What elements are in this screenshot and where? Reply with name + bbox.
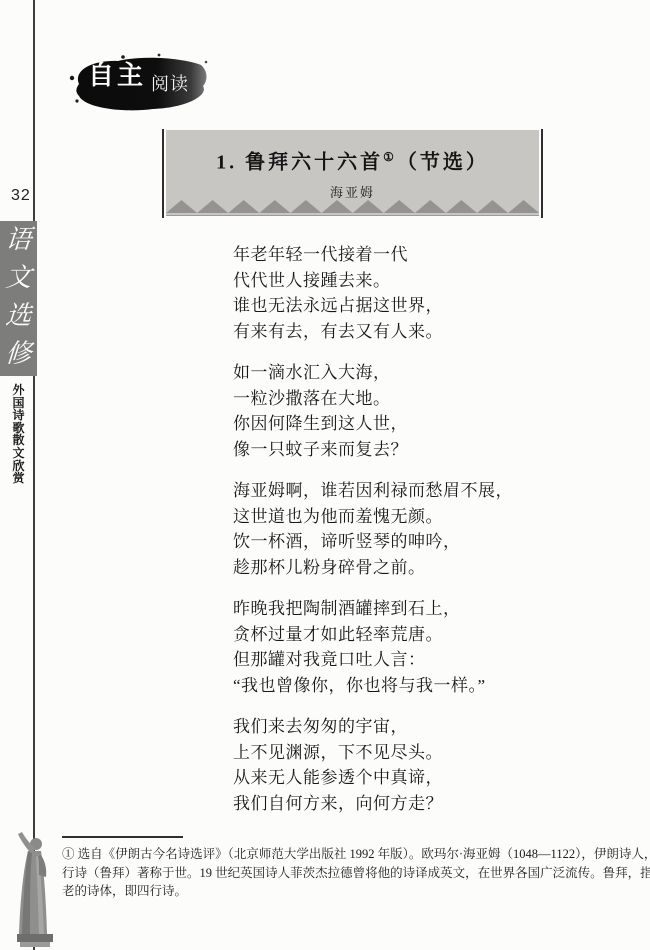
poem-stanza: 海亚姆啊，谁若因利禄而愁眉不展， 这世道也为他而羞愧无颜。 饮一杯酒，谛听竖琴的… [233,478,593,580]
poem-line: 我们自何方来，向何方走？ [233,791,593,817]
poem-stanza: 昨晚我把陶制酒罐摔到石上， 贪杯过量才如此轻率荒唐。 但那罐对我竟口吐人言： “… [233,596,593,698]
poem-stanza: 如一滴水汇入大海， 一粒沙撒落在大地。 你因何降生到这人世， 像一只蚊子来而复去… [233,360,593,462]
sidebar-series-logo: 语 文 选 修 [0,221,37,376]
poem-line: 但那罐对我竟口吐人言： [233,647,593,673]
poem-line: 如一滴水汇入大海， [233,360,593,386]
poem-line: 上不见渊源，下不见尽头。 [233,740,593,766]
poem-line: 有来有去，有去又有人来。 [233,319,593,345]
poem-line: 年老年轻一代接着一代 [233,242,593,268]
footnote-block: ① 选自《伊朗古今名诗选评》（北京师范大学出版社 1992 年版）。欧玛尔·海亚… [62,845,644,901]
lesson-title-box: 1. 鲁拜六十六首①（节选） 海亚姆 [166,130,539,216]
footnote-line: ① 选自《伊朗古今名诗选评》（北京师范大学出版社 1992 年版）。欧玛尔·海亚… [62,845,644,864]
poem-line: 代代世人接踵去来。 [233,268,593,294]
poem-line: 海亚姆啊，谁若因利禄而愁眉不展， [233,478,593,504]
calligraphy-char: 修 [0,335,38,373]
footnote-separator [62,836,183,838]
poem-line: 饮一杯酒，谛听竖琴的呻吟， [233,529,593,555]
page-number: 32 [11,187,31,205]
poem-line: 昨晚我把陶制酒罐摔到石上， [233,596,593,622]
poem-line: 贪杯过量才如此轻率荒唐。 [233,622,593,648]
poem-line: 谁也无法永远占据这世界， [233,293,593,319]
title-box-right-rule [541,129,543,218]
banner-label-sub: 阅读 [151,75,189,93]
title-box-left-rule [162,129,164,218]
footnote-line: 老的诗体，即四行诗。 [62,882,644,901]
textbook-page: 32 自主 阅读 语 文 选 修 [0,0,650,950]
poem-line: 趁那杯儿粉身碎骨之前。 [233,555,593,581]
footnote-ref-marker: ① [383,150,397,164]
poem-line: 像一只蚊子来而复去？ [233,437,593,463]
poem-body: 年老年轻一代接着一代 代代世人接踵去来。 谁也无法永远占据这世界， 有来有去，有… [233,242,593,832]
poem-line: 我们来去匆匆的宇宙， [233,714,593,740]
calligraphy-char: 文 [0,259,38,297]
lesson-title: 1. 鲁拜六十六首①（节选） [166,150,539,175]
footnote-line: 行诗（鲁拜）著称于世。19 世纪英国诗人菲茨杰拉德曾将他的诗译成英文，在世界各国… [62,864,644,883]
poem-line: 一粒沙撒落在大地。 [233,386,593,412]
poem-line: 从来无人能参透个中真谛， [233,765,593,791]
poem-stanza: 我们来去匆匆的宇宙， 上不见渊源，下不见尽头。 从来无人能参透个中真谛， 我们自… [233,714,593,816]
calligraphy-char: 语 [0,221,38,259]
section-banner: 自主 阅读 [63,52,213,116]
banner-label-main: 自主 [88,63,146,89]
poem-line: 这世道也为他而羞愧无颜。 [233,504,593,530]
poem-line: 你因何降生到这人世， [233,411,593,437]
calligraphy-char: 选 [0,297,38,335]
sawtooth-border [166,200,539,213]
sidebar-book-title: 外 国 诗 歌 散 文 欣 赏 [0,384,37,485]
author-name: 海亚姆 [166,182,539,201]
poem-stanza: 年老年轻一代接着一代 代代世人接踵去来。 谁也无法永远占据这世界， 有来有去，有… [233,242,593,344]
statue-photo [3,831,63,948]
poem-line: “我也曾像你，你也将与我一样。” [233,673,593,699]
